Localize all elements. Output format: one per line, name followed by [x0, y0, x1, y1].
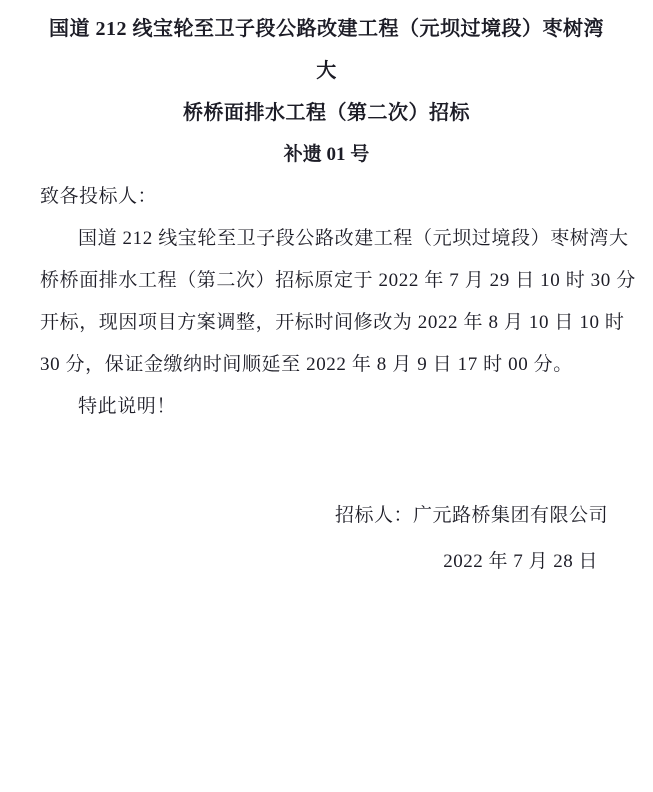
closing-line: 特此说明！ [40, 386, 613, 428]
signature-block: 招标人：广元路桥集团有限公司 2022 年 7 月 28 日 [40, 493, 613, 585]
body-line: 桥桥面排水工程（第二次）招标原定于 2022 年 7 月 29 日 10 时 3… [40, 260, 613, 302]
document-title-line-2: 桥桥面排水工程（第二次）招标 [40, 92, 613, 134]
document-title-line-1: 国道 212 线宝轮至卫子段公路改建工程（元坝过境段）枣树湾大 [40, 8, 613, 92]
supplement-number-heading: 补遗 01 号 [40, 134, 613, 176]
issuer-line: 招标人：广元路桥集团有限公司 [40, 493, 613, 539]
body-paragraph: 国道 212 线宝轮至卫子段公路改建工程（元坝过境段）枣树湾大 桥桥面排水工程（… [40, 218, 613, 386]
body-line: 国道 212 线宝轮至卫子段公路改建工程（元坝过境段）枣树湾大 [40, 218, 613, 260]
body-line: 30 分，保证金缴纳时间顺延至 2022 年 8 月 9 日 17 时 00 分… [40, 344, 613, 386]
salutation-line: 致各投标人： [40, 176, 613, 218]
document-title: 国道 212 线宝轮至卫子段公路改建工程（元坝过境段）枣树湾大 桥桥面排水工程（… [40, 8, 613, 134]
document-page: 国道 212 线宝轮至卫子段公路改建工程（元坝过境段）枣树湾大 桥桥面排水工程（… [0, 0, 653, 792]
body-line: 开标，现因项目方案调整，开标时间修改为 2022 年 8 月 10 日 10 时 [40, 302, 613, 344]
date-line: 2022 年 7 月 28 日 [40, 539, 613, 585]
